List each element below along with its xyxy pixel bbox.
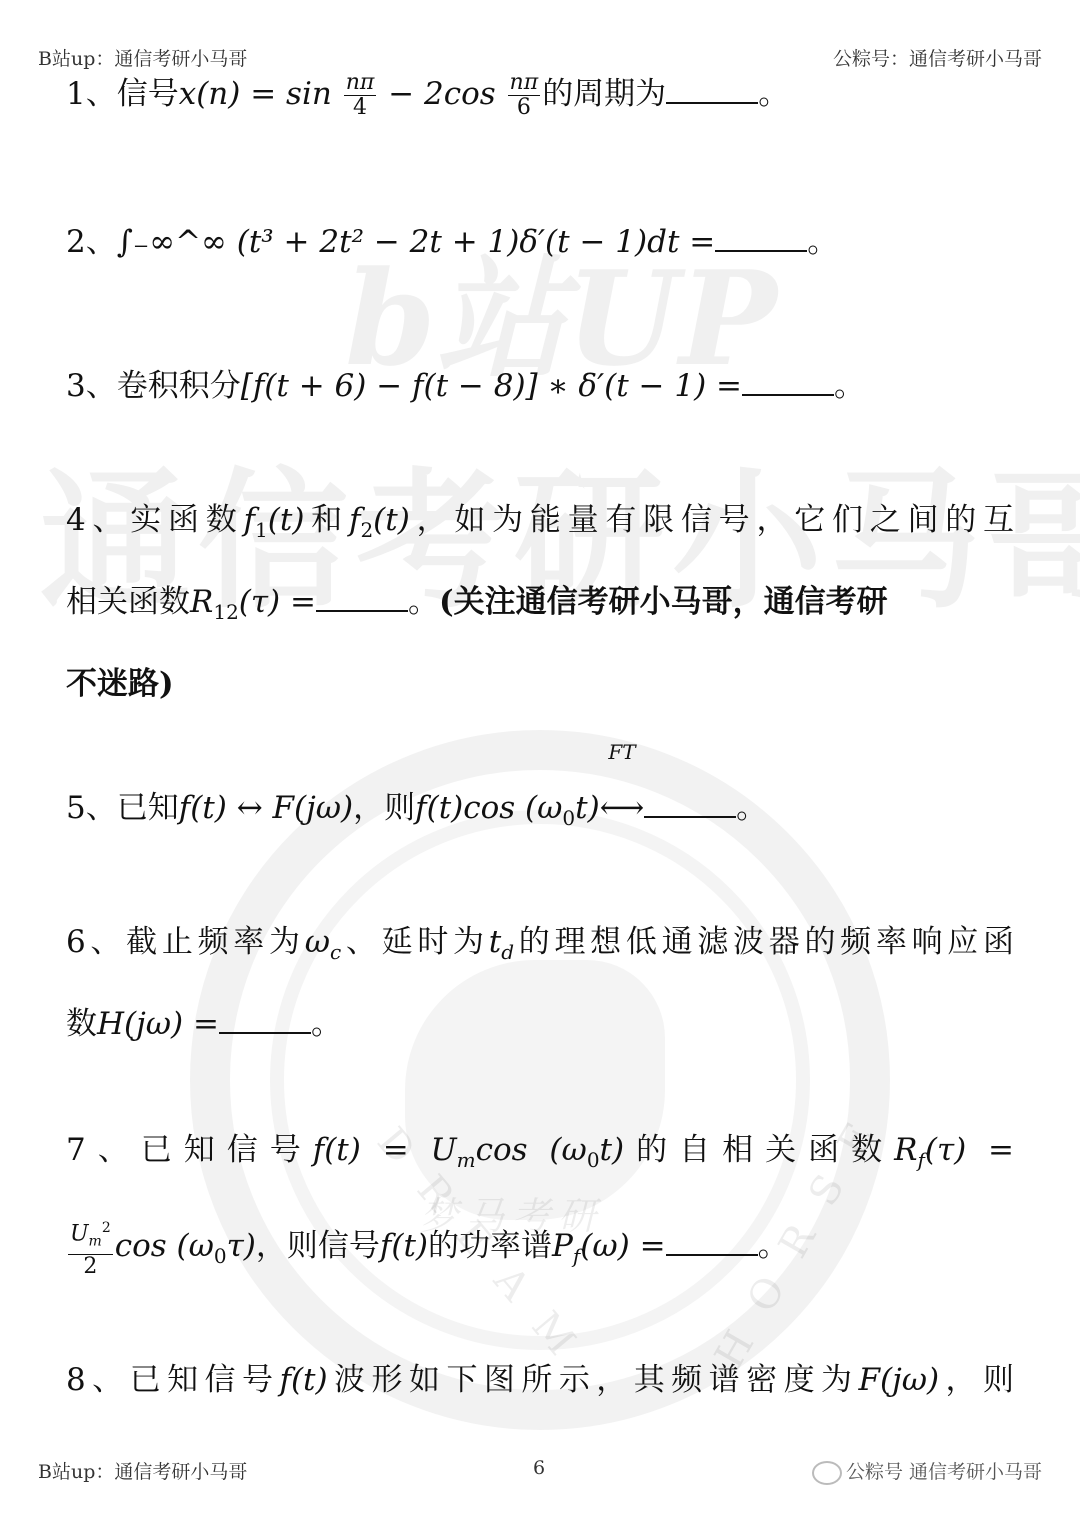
fraction: nπ6 (508, 71, 541, 120)
page-number: 6 (533, 1457, 545, 1479)
answer-blank[interactable] (219, 1006, 311, 1034)
promo-note: (关注通信考研小马哥，通信考研 (439, 584, 888, 620)
answer-blank[interactable] (742, 368, 834, 396)
answer-blank[interactable] (666, 1228, 758, 1256)
question-number: 3、 (66, 368, 117, 404)
question-number: 4、 (66, 502, 130, 538)
footer-left: B站up：通信考研小马哥 (38, 1457, 247, 1484)
question-2: 2、∫₋∞^∞ (t³ + 2t² − 2t + 1)δ′(t − 1)dt =… (66, 206, 1014, 278)
promo-note-cont: 不迷路) (66, 648, 1014, 720)
question-number: 7、 (66, 1132, 141, 1168)
answer-blank[interactable] (316, 584, 408, 612)
question-number: 5、 (66, 790, 117, 826)
fraction: nπ4 (344, 71, 377, 120)
question-1: 1、信号x(n) = sin nπ4 − 2cos nπ6的周期为。 (66, 58, 1014, 130)
answer-blank[interactable] (666, 76, 758, 104)
fraction: Um22 (68, 1216, 113, 1279)
footer-right: 公粽号 通信考研小马哥 (812, 1457, 1042, 1485)
question-number: 1、 (66, 76, 117, 112)
question-3: 3、卷积积分[f(t + 6) − f(t − 8)] ∗ δ′(t − 1) … (66, 350, 1014, 422)
question-5: 5、已知f(t) ↔ F(jω)，则f(t)cos (ω0t)FT⟷。 (66, 772, 1014, 854)
fourier-transform-arrow: FT⟷ (600, 772, 644, 844)
question-4: 4、实函数f1(t)和f2(t)，如为能量有限信号，它们之间的互 相关函数R12… (66, 484, 1014, 720)
question-number: 6、 (66, 924, 126, 960)
answer-blank[interactable] (715, 224, 807, 252)
question-8: 8、已知信号f(t)波形如下图所示，其频谱密度为F(jω)，则 (66, 1344, 1014, 1416)
wechat-icon (812, 1461, 842, 1485)
question-7: 7、已知信号f(t) = Umcos (ω0t)的自相关函数Rf(τ) = Um… (66, 1114, 1014, 1292)
question-number: 8、 (66, 1362, 130, 1398)
question-6: 6、截止频率为ωc、延时为td的理想低通滤波器的频率响应函 数H(jω) =。 (66, 906, 1014, 1060)
question-number: 2、 (66, 224, 117, 260)
answer-blank[interactable] (644, 790, 736, 818)
